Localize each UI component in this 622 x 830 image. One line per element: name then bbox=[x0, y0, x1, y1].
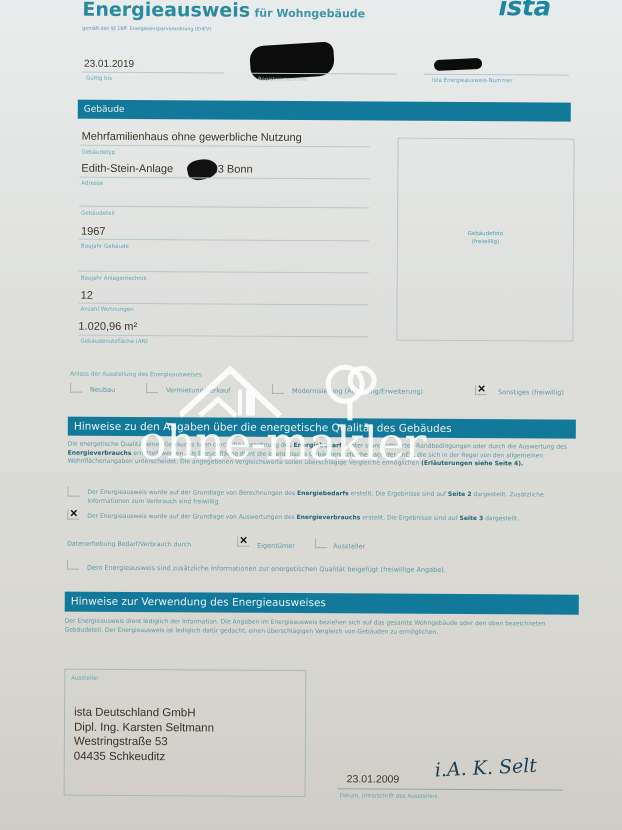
registration-label: Registriernummer bbox=[258, 77, 308, 83]
photo-label-2: (freiwillig) bbox=[398, 238, 573, 247]
check-mark-icon: ✕ bbox=[477, 384, 485, 395]
watermark-text: ohne-makler bbox=[139, 417, 426, 469]
document-subtitle: gemäß den §§ 16ff. Energieeinsparverordn… bbox=[82, 27, 211, 33]
checkbox-vermietung[interactable] bbox=[146, 383, 158, 393]
certificate-number-label: ista Energieausweis-Nummer bbox=[432, 78, 513, 84]
signature: i.A. K. Selt bbox=[434, 755, 537, 782]
valid-until-label: Gültig bis bbox=[86, 76, 112, 82]
checkbox-zusatzinfo-label: Dem Energieausweis sind zusätzliche Info… bbox=[87, 564, 446, 574]
checkbox-energieverbrauch[interactable]: ✕ bbox=[67, 510, 79, 520]
checkbox-energiebedarf[interactable] bbox=[67, 487, 79, 497]
floor-area-label: Gebäudenutzfläche (AN) bbox=[80, 339, 148, 345]
construction-year-value: 1967 bbox=[81, 226, 106, 238]
section-hinweise-verwendung-title: Hinweise zur Verwendung des Energieauswe… bbox=[71, 596, 326, 610]
issuer-person: Dipl. Ing. Karsten Seltmann bbox=[74, 720, 214, 735]
checkbox-eigentuemer-label: Eigentümer bbox=[257, 542, 295, 550]
data-collection-label: Datenerhebung Bedarf/Verbrauch durch bbox=[67, 541, 191, 549]
checkbox-neubau[interactable] bbox=[70, 383, 82, 393]
checkbox-energieverbrauch-label: Der Energieausweis wurde auf der Grundla… bbox=[87, 513, 567, 525]
checkbox-sonstiges[interactable]: ✕ bbox=[475, 385, 487, 395]
issuer-label: Aussteller bbox=[71, 676, 98, 682]
checkbox-sonstiges-label: Sonstiges (freiwillig) bbox=[498, 388, 564, 396]
construction-year-label: Baujahr Gebäude bbox=[81, 244, 129, 250]
title-main: Energieausweis bbox=[82, 0, 250, 22]
checkbox-aussteller-label: Aussteller bbox=[333, 542, 365, 550]
redaction-registration bbox=[249, 41, 335, 80]
check-mark-icon: ✕ bbox=[70, 509, 78, 520]
check-mark-icon: ✕ bbox=[239, 536, 247, 547]
building-photo-box: Gebäudefoto (freiwillig) bbox=[396, 138, 574, 342]
usage-paragraph: Der Energieausweis dient lediglich der I… bbox=[65, 618, 577, 638]
section-hinweise-verwendung-header: Hinweise zur Verwendung des Energieauswe… bbox=[65, 592, 579, 615]
floor-area-value: 1.020,96 m² bbox=[78, 321, 137, 333]
issuer-street: Westringstraße 53 bbox=[74, 735, 214, 750]
document-title: Energieausweis für Wohngebäude bbox=[82, 0, 365, 22]
issuer-city: 04435 Schkeuditz bbox=[74, 749, 214, 764]
checkbox-aussteller[interactable] bbox=[315, 538, 327, 548]
issue-date: 23.01.2009 bbox=[347, 773, 400, 785]
title-sub: für Wohngebäude bbox=[254, 7, 365, 21]
address-label: Adresse bbox=[81, 181, 103, 187]
checkbox-neubau-label: Neubau bbox=[90, 386, 115, 394]
apartments-value: 12 bbox=[81, 290, 93, 302]
address-value: Edith-Stein-Anlage 53123 Bonn bbox=[81, 163, 252, 176]
building-type-label: Gebäudetyp bbox=[81, 150, 115, 156]
system-year-label: Baujahr Anlagentechnik bbox=[81, 276, 147, 282]
address-text: Edith-Stein-Anlage 53123 Bonn bbox=[81, 163, 252, 176]
document-page: Energieausweis für Wohngebäude gemäß den… bbox=[0, 0, 622, 830]
signature-label: Datum, Unterschrift des Ausstellers bbox=[340, 793, 438, 800]
checkbox-energiebedarf-label: Der Energieausweis wurde auf der Grundla… bbox=[87, 489, 567, 509]
issuer-box: Aussteller ista Deutschland GmbH Dipl. I… bbox=[64, 669, 307, 797]
valid-until-value: 23.01.2019 bbox=[84, 59, 134, 70]
ista-logo: ista bbox=[498, 0, 551, 23]
checkbox-zusatzinfo[interactable] bbox=[67, 560, 79, 570]
checkbox-eigentuemer[interactable]: ✕ bbox=[237, 537, 249, 547]
building-type-value: Mehrfamilienhaus ohne gewerbliche Nutzun… bbox=[82, 131, 302, 144]
building-part-label: Gebäudeteil bbox=[81, 211, 115, 217]
redaction-certificate-number bbox=[434, 58, 482, 71]
apartments-label: Anzahl Wohnungen bbox=[81, 307, 134, 313]
section-gebaeude-header: Gebäude bbox=[78, 100, 571, 122]
section-gebaeude-title: Gebäude bbox=[84, 104, 125, 114]
issuer-company: ista Deutschland GmbH bbox=[74, 706, 214, 721]
